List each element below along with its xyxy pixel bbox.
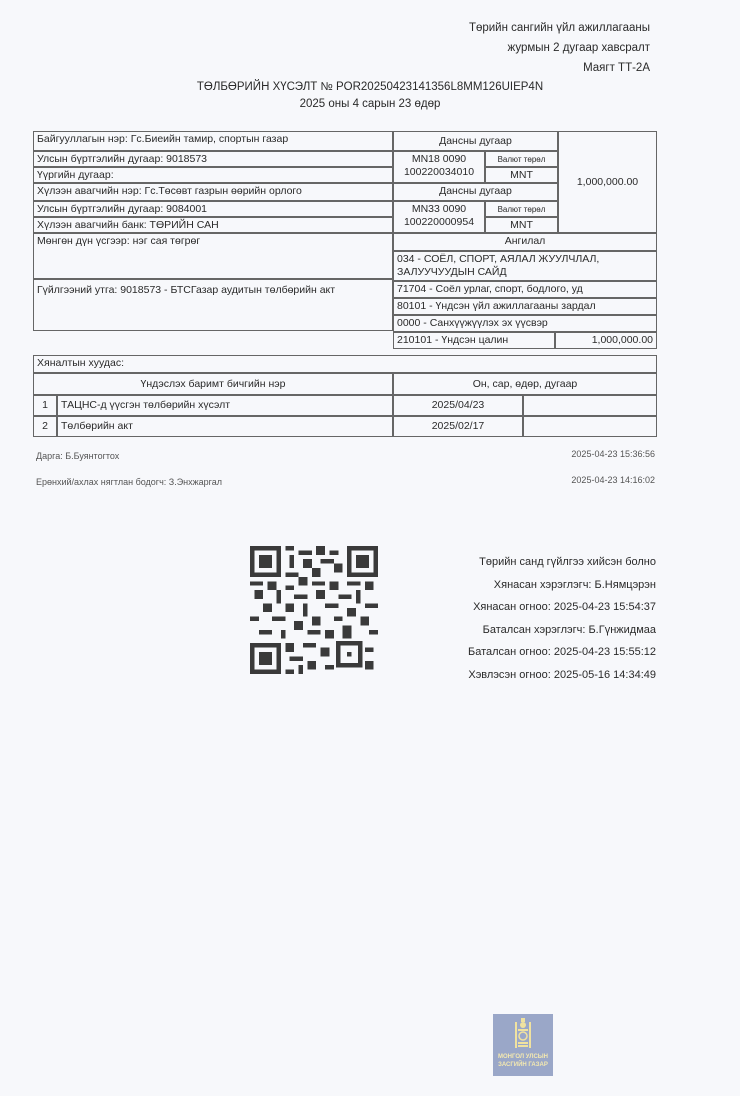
payer-org-name: Байгууллагын нэр: Гс.Биеийн тамир, спорт… — [33, 131, 393, 151]
soyombo-emblem-icon — [514, 1018, 532, 1048]
payment-table: Байгууллагын нэр: Гс.Биеийн тамир, спорт… — [33, 131, 657, 353]
control-col-doc-name: Үндэслэх баримт бичгийн нэр — [33, 373, 393, 395]
ministry-line-2: ЗАЛУУЧУУДЫН САЙД — [397, 266, 653, 279]
control-row-2-date: 2025/02/17 — [393, 416, 523, 437]
classification-funding-source: 0000 - Санхүүжүүлэх эх үүсвэр — [393, 315, 657, 332]
control-row-2-no: 2 — [33, 416, 57, 437]
payer-account: MN18 0090 100220034010 — [393, 151, 485, 183]
control-row-1-name: ТАЦНС-д үүсгэн төлбөрийн хүсэлт — [57, 395, 393, 416]
treasury-reviewed-date: Хянасан огноо: 2025-04-23 15:54:37 — [468, 596, 656, 619]
control-label: Хяналтын хуудас: — [33, 355, 657, 373]
payee-reg-no: Улсын бүртгэлийн дугаар: 9084001 — [33, 201, 393, 217]
total-amount: 1,000,000.00 — [558, 131, 657, 233]
payee-bank: Хүлээн авагчийн банк: ТӨРИЙН САН — [33, 217, 393, 233]
signature-director-time: 2025-04-23 15:36:56 — [571, 449, 655, 459]
logo-line-1: МОНГОЛ УЛСЫН — [493, 1053, 553, 1061]
document-date: 2025 оны 4 сарын 23 өдөр — [0, 98, 740, 110]
payer-account-line-1: MN18 0090 — [397, 153, 481, 166]
form-code: Маягт ТТ-2А — [469, 58, 650, 78]
payee-account: MN33 0090 100220000954 — [393, 201, 485, 233]
treasury-reviewer: Хянасан хэрэглэгч: Б.Нямцэрэн — [468, 574, 656, 597]
classification-label: Ангилал — [393, 233, 657, 251]
treasury-printed-date: Хэвлэсэн огноо: 2025-05-16 14:34:49 — [468, 664, 656, 687]
payer-account-line-2: 100220034010 — [397, 166, 481, 179]
treasury-line-1: Төрийн санд гүйлгээ хийсэн болно — [468, 551, 656, 574]
classification-ministry: 034 - СОЁЛ, СПОРТ, АЯЛАЛ ЖУУЛЧЛАЛ, ЗАЛУУ… — [393, 251, 657, 281]
control-row-1-number — [523, 395, 657, 416]
payer-account-label: Дансны дугаар — [393, 131, 558, 151]
payer-reg-no: Улсын бүртгэлийн дугаар: 9018573 — [33, 151, 393, 167]
signature-accountant: Ерөнхий/ахлах нягтлан бодогч: З.Энхжарга… — [36, 477, 222, 487]
classification-program: 71704 - Соёл урлаг, спорт, бодлого, уд — [393, 281, 657, 298]
government-logo: МОНГОЛ УЛСЫН ЗАСГИЙН ГАЗАР — [493, 1014, 553, 1076]
signature-director: Дарга: Б.Буянтогтох — [36, 451, 119, 461]
annex-line-2: журмын 2 дугаар хавсралт — [469, 38, 650, 58]
control-row-1-date: 2025/04/23 — [393, 395, 523, 416]
annex-header: Төрийн сангийн үйл ажиллагааны журмын 2 … — [469, 18, 650, 78]
control-row-2-name: Төлбөрийн акт — [57, 416, 393, 437]
amount-words: Мөнгөн дүн үсгээр: нэг сая төгрөг — [33, 233, 393, 279]
classification-expense: 80101 - Үндсэн үйл ажиллагааны зардал — [393, 298, 657, 315]
payer-ugrin-no: Үүргийн дугаар: — [33, 167, 393, 183]
payer-currency-label: Валют төрөл — [485, 151, 558, 167]
qr-code-icon — [250, 546, 378, 674]
logo-line-2: ЗАСГИЙН ГАЗАР — [493, 1061, 553, 1069]
control-col-date: Он, сар, өдөр, дугаар — [393, 373, 657, 395]
treasury-approver: Баталсан хэрэглэгч: Б.Гүнжидмаа — [468, 619, 656, 642]
document-title: ТӨЛБӨРИЙН ХҮСЭЛТ № POR20250423141356L8MM… — [0, 81, 740, 93]
control-row-1-no: 1 — [33, 395, 57, 416]
payee-account-line-2: 100220000954 — [397, 216, 481, 229]
control-row-2-number — [523, 416, 657, 437]
payee-currency-label: Валют төрөл — [485, 201, 558, 217]
control-sheet: Хяналтын хуудас: Үндэслэх баримт бичгийн… — [33, 355, 657, 437]
treasury-approved-date: Баталсан огноо: 2025-04-23 15:55:12 — [468, 641, 656, 664]
payee-account-label: Дансны дугаар — [393, 183, 558, 201]
payee-currency: MNT — [485, 217, 558, 233]
transaction-purpose: Гүйлгээний утга: 9018573 - БТСГазар ауди… — [33, 279, 393, 331]
annex-line-1: Төрийн сангийн үйл ажиллагааны — [469, 18, 650, 38]
payer-currency: MNT — [485, 167, 558, 183]
econ-amount: 1,000,000.00 — [555, 332, 657, 349]
payee-name: Хүлээн авагчийн нэр: Гс.Төсөвт газрын өө… — [33, 183, 393, 201]
treasury-info: Төрийн санд гүйлгээ хийсэн болно Хянасан… — [468, 551, 656, 686]
econ-code: 210101 - Үндсэн цалин — [393, 332, 555, 349]
ministry-line-1: 034 - СОЁЛ, СПОРТ, АЯЛАЛ ЖУУЛЧЛАЛ, — [397, 253, 653, 266]
payee-account-line-1: MN33 0090 — [397, 203, 481, 216]
signature-accountant-time: 2025-04-23 14:16:02 — [571, 475, 655, 485]
